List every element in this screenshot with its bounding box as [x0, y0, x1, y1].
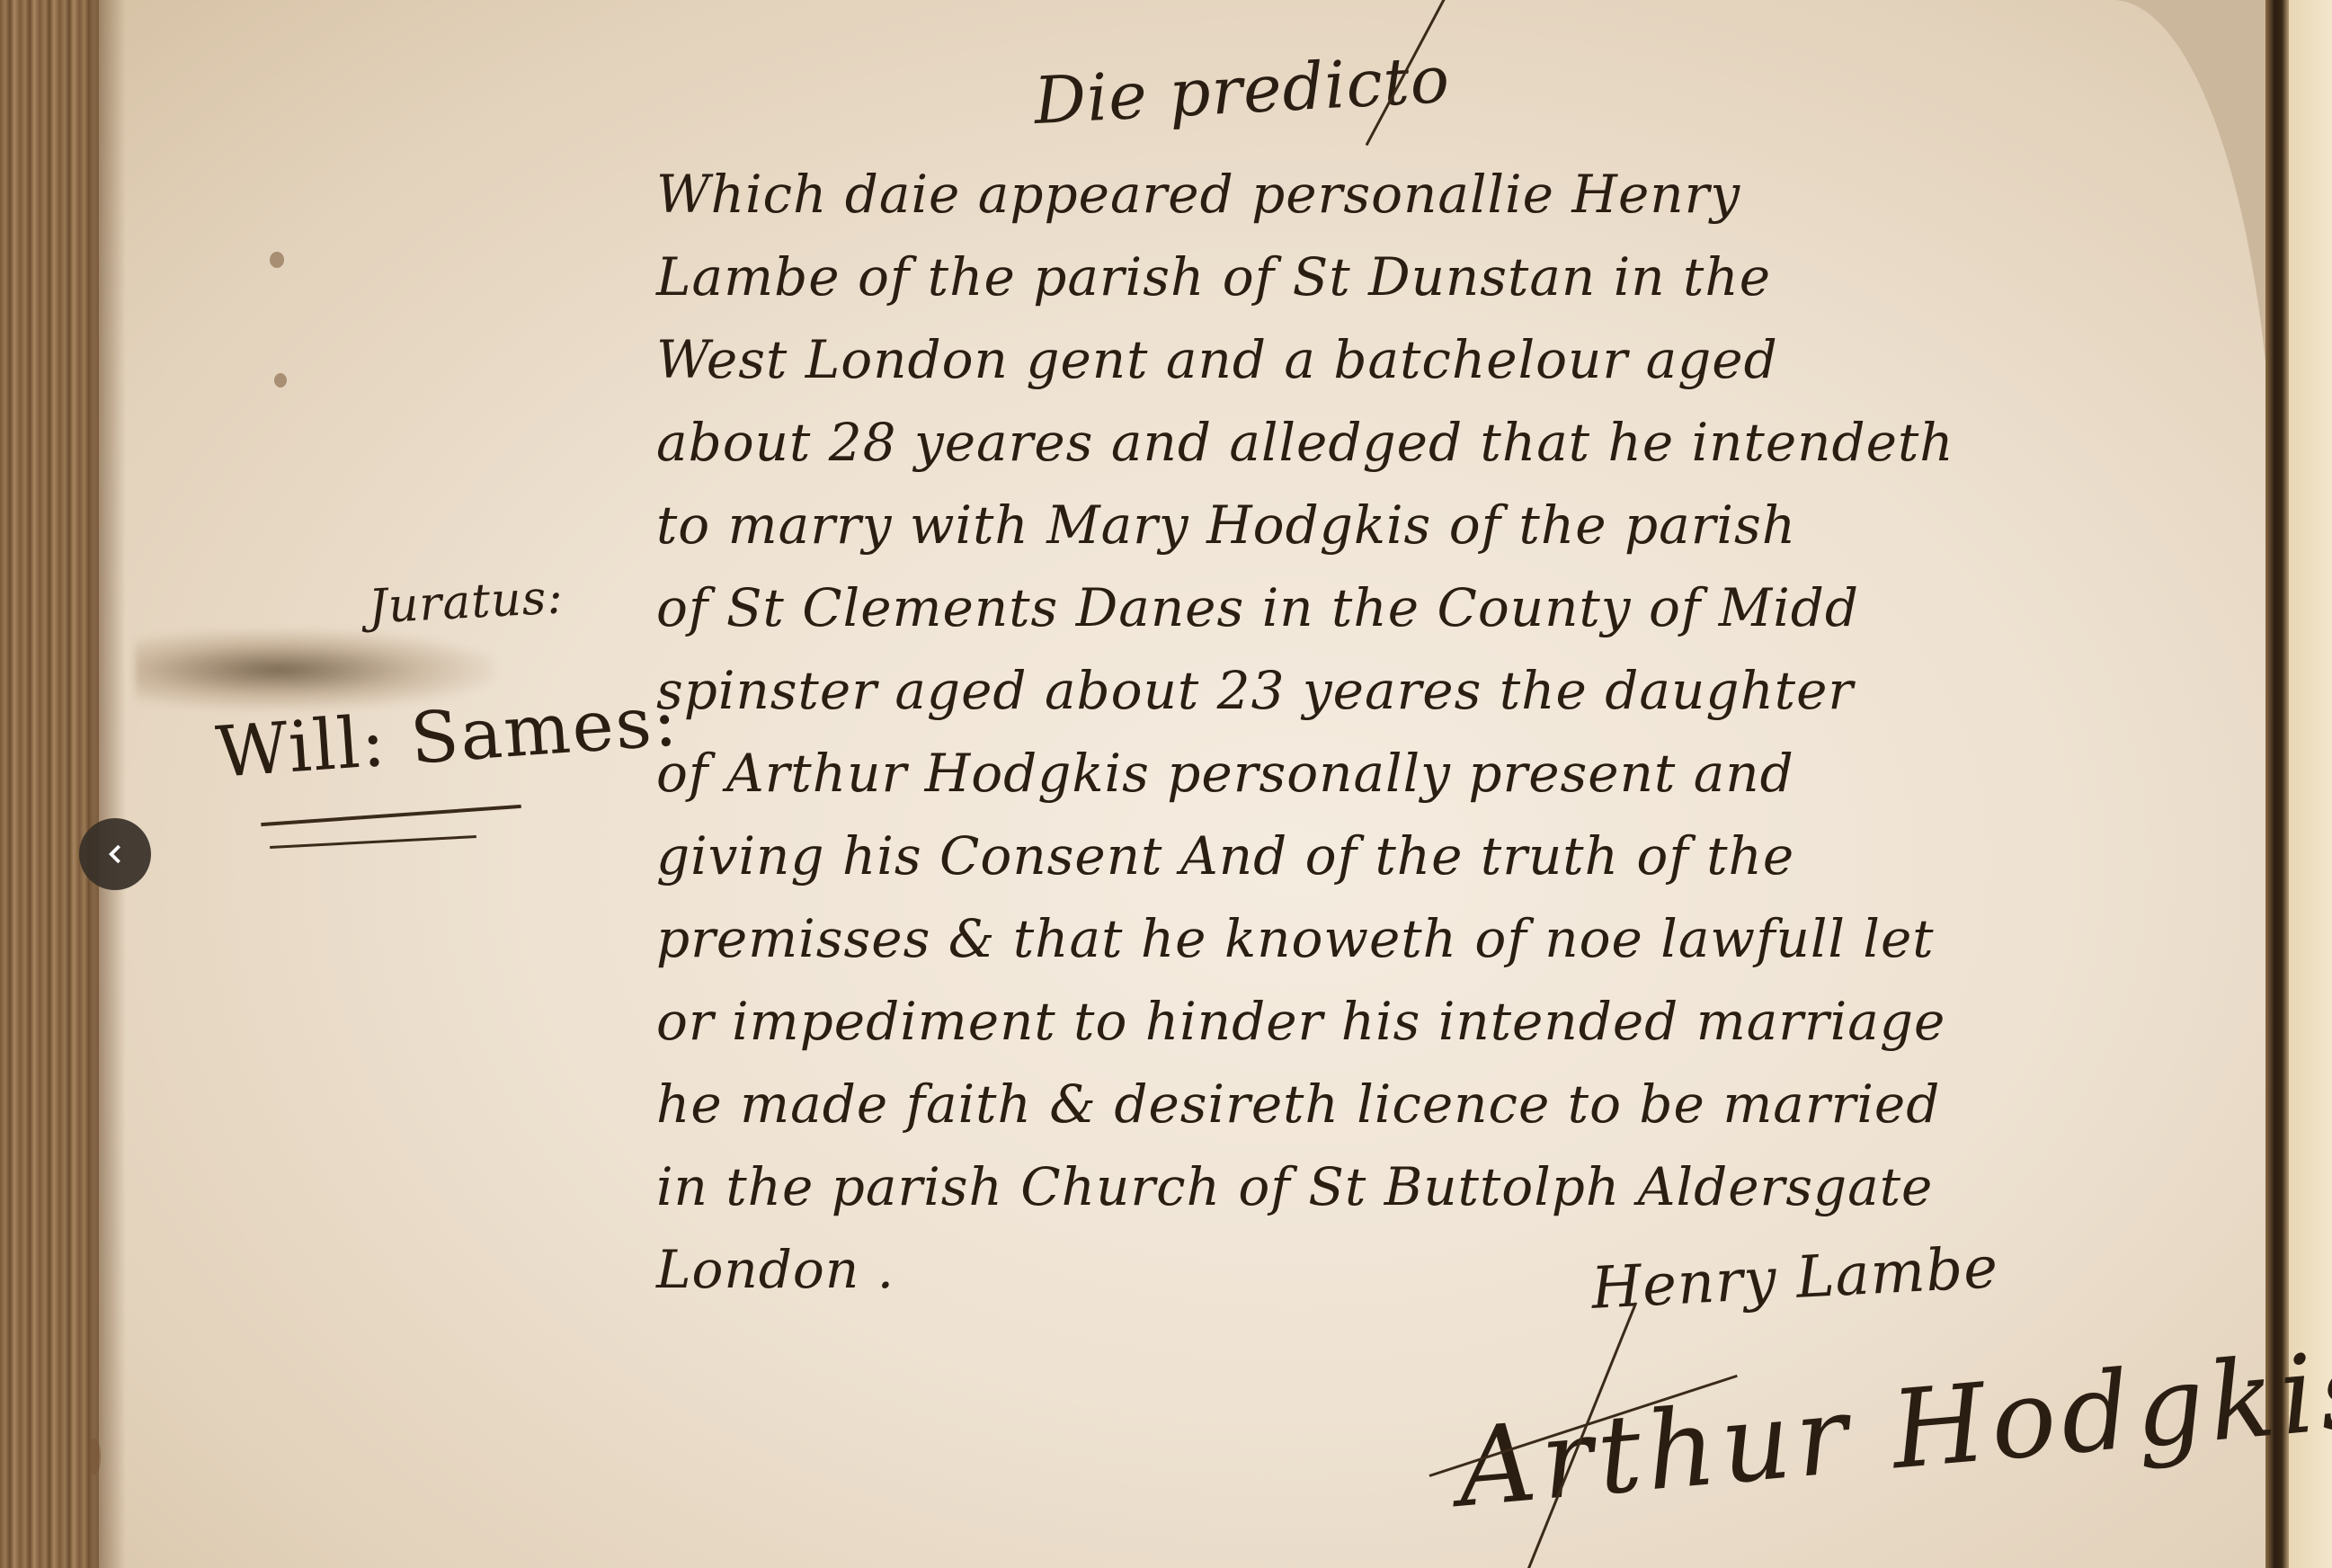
body-line: spinster aged about 23 yeares the daught…: [656, 649, 2256, 732]
entry-body: Which daie appeared personallie Henry La…: [656, 153, 2256, 1311]
body-line: or impediment to hinder his intended mar…: [656, 980, 2256, 1063]
body-line: Which daie appeared personallie Henry: [656, 153, 2256, 236]
image-viewer: Die predicto Which daie appeared persona…: [0, 0, 2332, 1568]
body-line: about 28 yeares and alledged that he int…: [656, 401, 2256, 484]
body-line: London .: [656, 1228, 2256, 1311]
body-line: giving his Consent And of the truth of t…: [656, 815, 2256, 897]
body-line: West London gent and a batchelour aged: [656, 318, 2256, 401]
chevron-left-icon: [103, 842, 127, 866]
body-line: of St Clements Danes in the County of Mi…: [656, 566, 2256, 649]
body-line: premisses & that he knoweth of noe lawfu…: [656, 897, 2256, 980]
previous-image-button[interactable]: [79, 818, 151, 890]
body-line: he made faith & desireth licence to be m…: [656, 1063, 2256, 1145]
foxing-spot: [270, 252, 284, 268]
binding-gutter: [2265, 0, 2289, 1568]
page-gutter-shadow: [90, 0, 126, 1568]
body-line: of Arthur Hodgkis personally present and: [656, 732, 2256, 815]
body-line: to marry with Mary Hodgkis of the parish: [656, 484, 2256, 566]
margin-juratus: Juratus:: [368, 570, 565, 634]
foxing-spot: [274, 373, 287, 388]
body-line: in the parish Church of St Buttolph Alde…: [656, 1145, 2256, 1228]
foxing-spot: [88, 1439, 101, 1474]
body-line: Lambe of the parish of St Dunstan in the: [656, 236, 2256, 318]
